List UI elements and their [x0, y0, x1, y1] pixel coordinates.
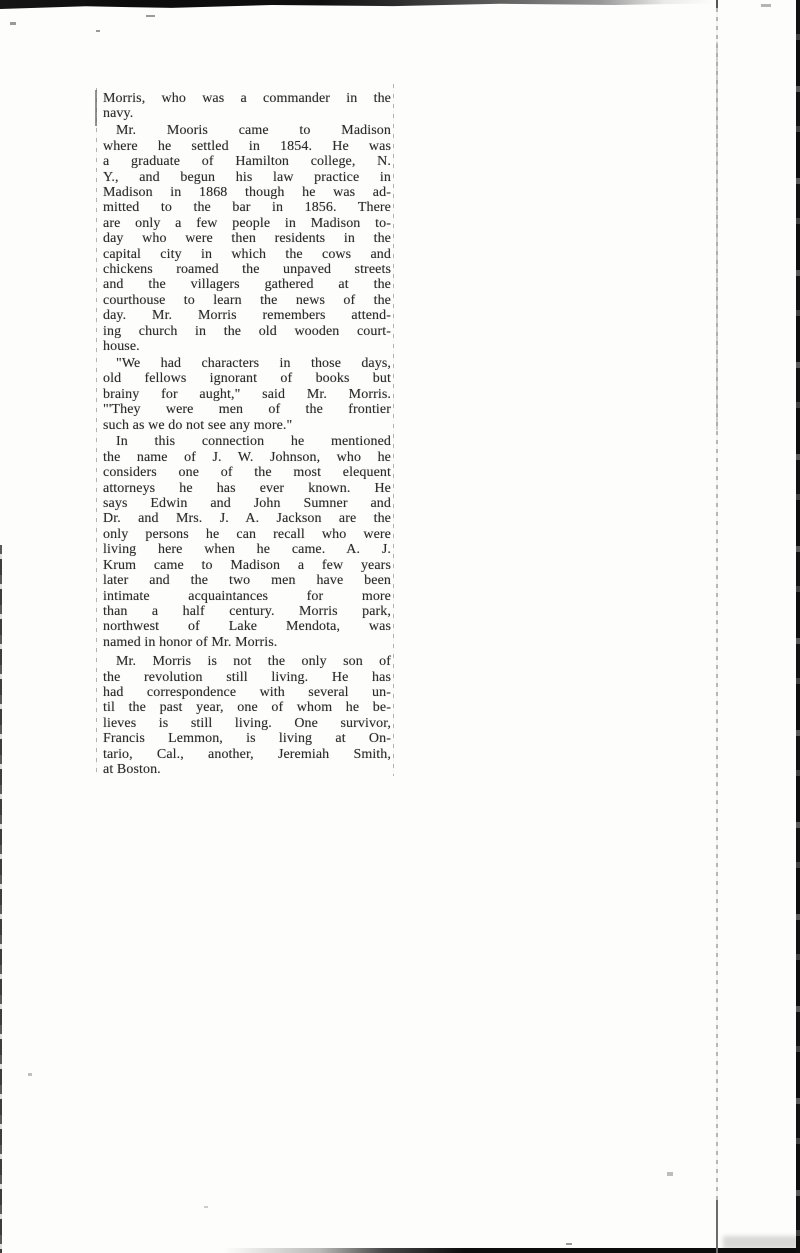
newspaper-clipping: Morris, who was a commander in thenavy.M… [103, 91, 391, 777]
column-rule-right [393, 84, 394, 776]
article-line: at Boston. [103, 762, 391, 777]
article-paragraph: In this connection he mentionedthe name … [103, 434, 391, 650]
article-line: only persons he can recall who were [103, 527, 391, 542]
vertical-fold-line [716, 0, 718, 8]
column-rule-left-accent [95, 90, 97, 126]
column-rule-left [96, 88, 97, 774]
article-line: "'They were men of the frontier [103, 402, 391, 417]
article-line: are only a few people in Madison to- [103, 216, 391, 231]
article-paragraph: Mr. Mooris came to Madisonwhere he settl… [103, 123, 391, 354]
article-line: Dr. and Mrs. J. A. Jackson are the [103, 511, 391, 526]
article-paragraph: "We had characters in those days,old fel… [103, 356, 391, 433]
article-line: had correspondence with several un- [103, 685, 391, 700]
article-line: chickens roamed the unpaved streets [103, 262, 391, 277]
article-line: intimate acquaintances for more [103, 589, 391, 604]
scanned-page: Morris, who was a commander in thenavy.M… [0, 0, 800, 1253]
scan-artifact-top-edge [0, 0, 715, 9]
article-line: courthouse to learn the news of the [103, 293, 391, 308]
article-paragraph: Mr. Morris is not the only son ofthe rev… [103, 654, 391, 777]
scan-artifact-bottom-edge [0, 1248, 800, 1253]
article-line: and the villagers gathered at the [103, 277, 391, 292]
scan-speck [28, 1073, 32, 1076]
article-line: Y., and begun his law practice in [103, 170, 391, 185]
article-line: Mr. Mooris came to Madison [103, 123, 391, 138]
article-line: the name of J. W. Johnson, who he [103, 450, 391, 465]
scan-speck [667, 1172, 673, 1176]
article-line: "We had characters in those days, [103, 356, 391, 371]
article-line: day. Mr. Morris remembers attend- [103, 308, 391, 323]
article-line: day who were then residents in the [103, 231, 391, 246]
article-line: Madison in 1868 though he was ad- [103, 185, 391, 200]
scan-artifact-left-edge [0, 545, 2, 1253]
article-line: Francis Lemmon, is living at On- [103, 731, 391, 746]
article-line: old fellows ignorant of books but [103, 371, 391, 386]
article-line: considers one of the most elequent [103, 465, 391, 480]
article-line: brainy for aught," said Mr. Morris. [103, 387, 391, 402]
article-line: northwest of Lake Mendota, was [103, 619, 391, 634]
article-line: where he settled in 1854. He was [103, 139, 391, 154]
scan-speck [761, 4, 771, 7]
article-line: ing church in the old wooden court- [103, 324, 391, 339]
article-line: the revolution still living. He has [103, 670, 391, 685]
article-line: Mr. Morris is not the only son of [103, 654, 391, 669]
article-line: later and the two men have been [103, 573, 391, 588]
article-line: such as we do not see any more." [103, 418, 391, 433]
article-line: house. [103, 339, 391, 354]
vertical-fold-line [716, 1200, 718, 1253]
scan-speck [96, 30, 100, 32]
scan-speck [204, 1206, 208, 1208]
scan-speck [10, 22, 16, 25]
article-line: a graduate of Hamilton college, N. [103, 154, 391, 169]
article-line: living here when he came. A. J. [103, 542, 391, 557]
article-line: capital city in which the cows and [103, 247, 391, 262]
article-line: In this connection he mentioned [103, 434, 391, 449]
article-line: Morris, who was a commander in the [103, 91, 391, 106]
article-line: Krum came to Madison a few years [103, 558, 391, 573]
scan-speck [146, 15, 155, 17]
article-line: lieves is still living. One survivor, [103, 716, 391, 731]
scan-speck [566, 1243, 572, 1245]
article-line: navy. [103, 106, 391, 121]
article-line: attorneys he has ever known. He [103, 481, 391, 496]
article-line: says Edwin and John Sumner and [103, 496, 391, 511]
article-paragraph: Morris, who was a commander in thenavy. [103, 91, 391, 122]
article-line: til the past year, one of whom he be- [103, 700, 391, 715]
article-line: than a half century. Morris park, [103, 604, 391, 619]
article-line: tario, Cal., another, Jeremiah Smith, [103, 747, 391, 762]
article-line: mitted to the bar in 1856. There [103, 200, 391, 215]
article-line: named in honor of Mr. Morris. [103, 635, 391, 650]
vertical-fold-line [716, 42, 718, 430]
scan-artifact-right-edge [796, 0, 800, 1253]
